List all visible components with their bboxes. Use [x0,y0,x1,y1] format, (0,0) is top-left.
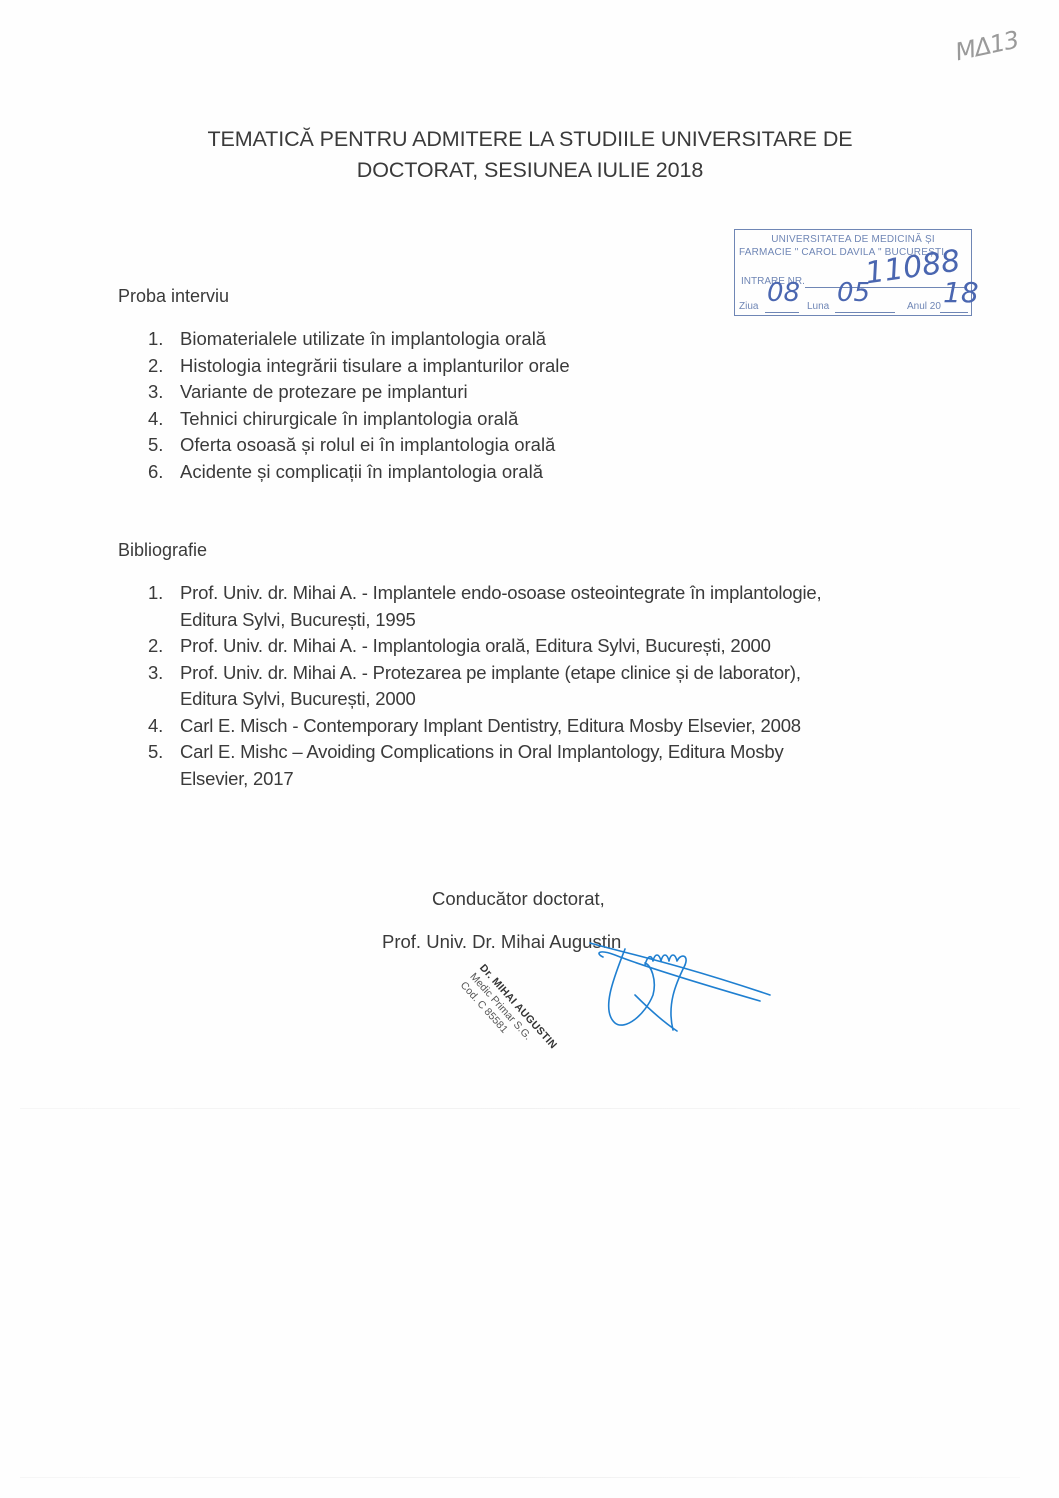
stamp-year-label: Anul 20 [907,301,941,312]
stamp-day-underline [765,312,799,313]
list-item: 2. Prof. Univ. dr. Mihai A. - Implantolo… [145,633,821,660]
stamp-month-label: Luna [807,301,829,312]
list-item: 4. Carl E. Misch - Contemporary Implant … [145,713,821,740]
doctor-stamp: Dr. MIHAI AUGUSTIN Medic Primar S.G. Cod… [457,962,559,1069]
document-page: MΔ13 TEMATICĂ PENTRU ADMITERE LA STUDIIL… [0,0,1059,1498]
interview-topics-list: 1.Biomaterialele utilizate în implantolo… [145,326,570,485]
scan-artifact-line [20,1108,1020,1109]
stamp-month-underline [835,312,895,313]
stamp-day-label: Ziua [739,301,758,312]
title-line-2: DOCTORAT, SESIUNEA IULIE 2018 [100,155,960,186]
list-item: 5. Carl E. Mishc – Avoiding Complication… [145,739,821,792]
handwritten-corner-annotation: MΔ13 [953,26,1021,67]
list-item: 1. Prof. Univ. dr. Mihai A. - Implantele… [145,580,821,633]
document-title: TEMATICĂ PENTRU ADMITERE LA STUDIILE UNI… [100,124,960,186]
list-item: 4.Tehnici chirurgicale în implantologia … [145,406,570,433]
stamp-month-value: 05 [837,278,870,308]
doctor-stamp-title: Medic Primar S.G. [467,971,550,1061]
list-item: 6.Acidente și complicații în implantolog… [145,459,570,486]
stamp-institution-line-1: UNIVERSITATEA DE MEDICINĂ ȘI [735,234,971,245]
stamp-day-value: 08 [767,278,800,308]
bibliography-heading: Bibliografie [118,540,207,561]
stamp-year-value: 18 [943,276,979,309]
title-line-1: TEMATICĂ PENTRU ADMITERE LA STUDIILE UNI… [100,124,960,155]
handwritten-signature [585,935,775,1035]
list-item: 3. Prof. Univ. dr. Mihai A. - Protezarea… [145,660,821,713]
scan-artifact-line [20,1477,1020,1478]
registration-stamp: UNIVERSITATEA DE MEDICINĂ ȘI FARMACIE " … [734,229,972,316]
list-item: 1.Biomaterialele utilizate în implantolo… [145,326,570,353]
bibliography-list: 1. Prof. Univ. dr. Mihai A. - Implantele… [145,580,821,792]
list-item: 5.Oferta osoasă și rolul ei în implantol… [145,432,570,459]
list-item: 2.Histologia integrării tisulare a impla… [145,353,570,380]
list-item: 3.Variante de protezare pe implanturi [145,379,570,406]
signatory-role: Conducător doctorat, [432,888,605,910]
stamp-year-underline [940,312,968,313]
interview-heading: Proba interviu [118,286,229,307]
